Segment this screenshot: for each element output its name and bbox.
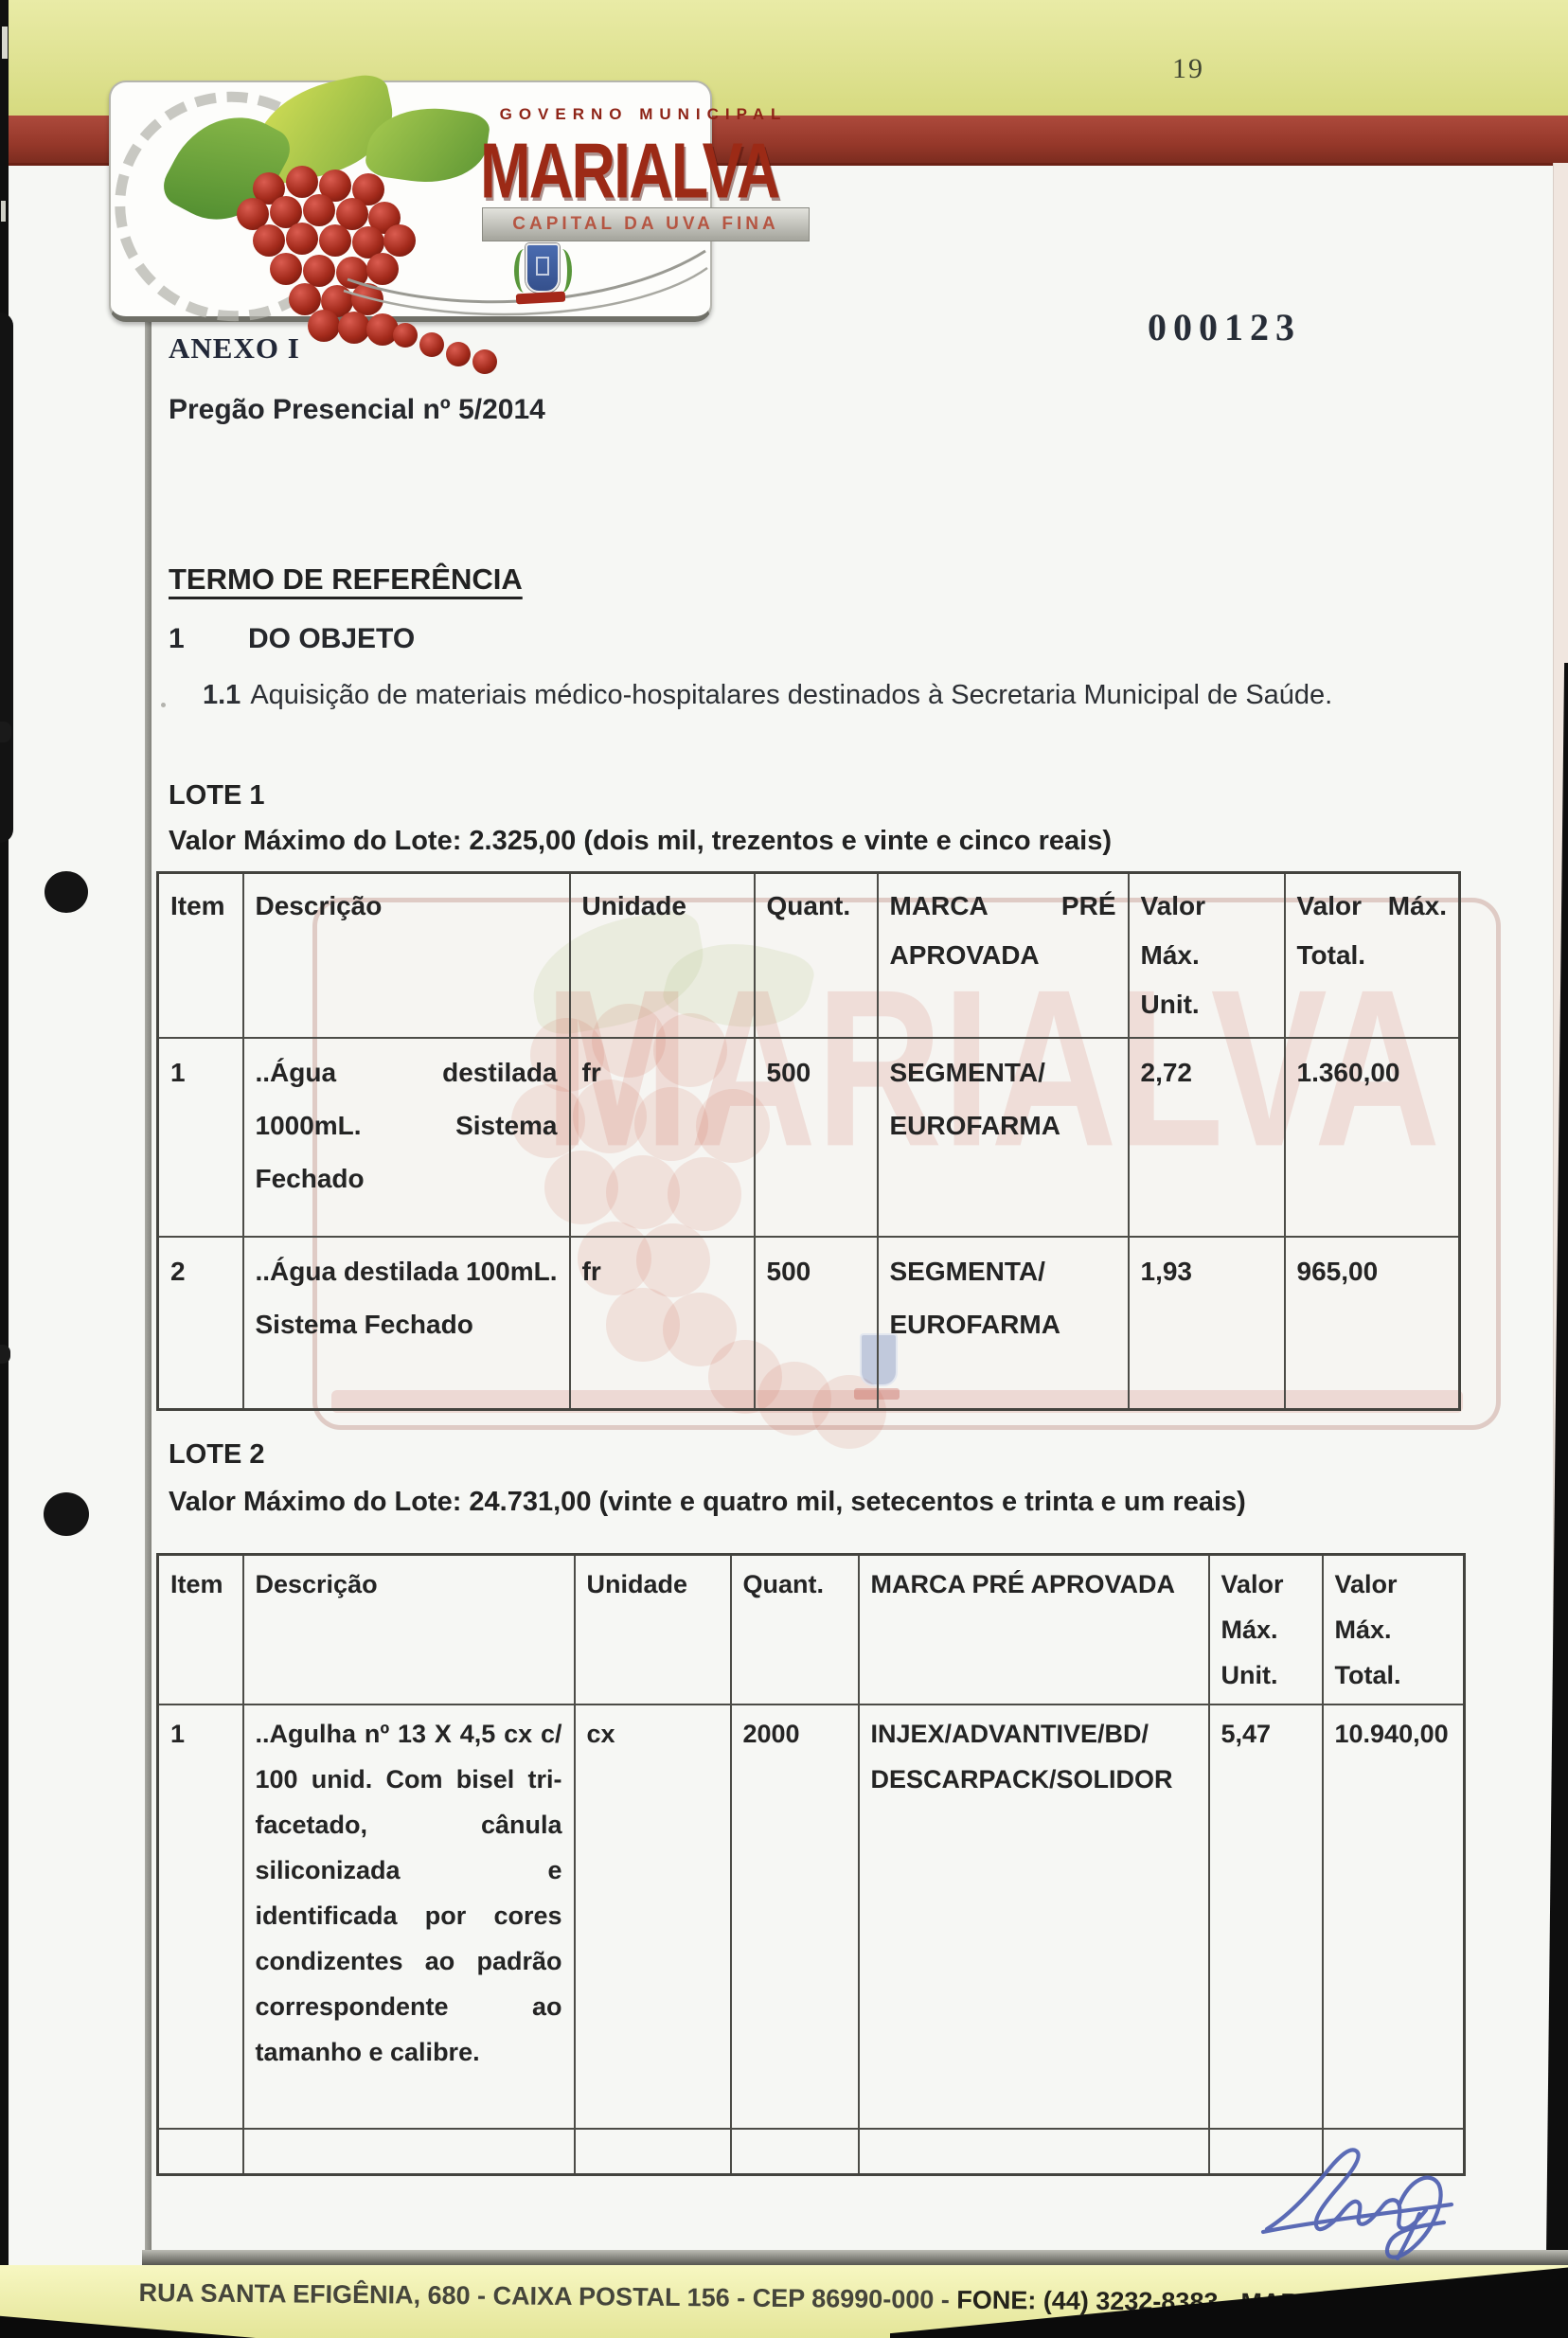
scan-speck	[2, 27, 8, 59]
margin-bullet-icon	[44, 1492, 89, 1536]
cell-valor-total: 10.940,00	[1323, 1704, 1465, 2129]
header-valor-total: ValorMáx.Total.	[1323, 1555, 1465, 1705]
cell-unidade: fr	[570, 1038, 755, 1237]
cell-unidade: fr	[570, 1237, 755, 1409]
lote2-title: LOTE 2	[169, 1439, 265, 1471]
stray-dot	[161, 703, 166, 707]
grape-icon	[446, 342, 471, 366]
grape-icon	[419, 332, 444, 357]
grape-icon	[393, 323, 418, 348]
cell-marca: SEGMENTA/EUROFARMA	[878, 1237, 1129, 1409]
header-unidade: Unidade	[575, 1555, 731, 1705]
cell-unidade: cx	[575, 1704, 731, 2129]
footer-street: RUA SANTA EFIGÊNIA, 680 - CAIXA POSTAL 1…	[138, 2278, 956, 2314]
header-marca: MARCA PRÉ APROVADA	[859, 1555, 1209, 1705]
header-item: Item	[158, 873, 243, 1039]
termo-referencia-title: TERMO DE REFERÊNCIA	[169, 562, 523, 597]
cell-item: 1	[158, 1704, 243, 2129]
section-title: DO OBJETO	[248, 623, 415, 655]
cell-item: 2	[158, 1237, 243, 1409]
header-descricao: Descrição	[243, 1555, 575, 1705]
lote1-table: Item Descrição Unidade Quant. MARCA PRÉA…	[156, 871, 1461, 1411]
header-valor-unit: ValorMáx.Unit.	[1209, 1555, 1323, 1705]
header-item: Item	[158, 1555, 243, 1705]
page-margin-line	[145, 314, 151, 2252]
shield-icon	[526, 243, 560, 293]
logo-slogan-text: CAPITAL DA UVA FINA	[512, 214, 778, 235]
cell-valor-unit: 5,47	[1209, 1704, 1323, 2129]
lote1-header-row: Item Descrição Unidade Quant. MARCA PRÉA…	[158, 873, 1460, 1039]
logo-slogan-banner: CAPITAL DA UVA FINA	[482, 207, 810, 241]
grape-icon	[338, 312, 370, 344]
lote1-row-2: 2 ..Água destilada 100mL. Sistema Fechad…	[158, 1237, 1460, 1409]
cell-descricao: ..Água destilada 1000mL. Sistema Fechado	[243, 1038, 570, 1237]
cell-valor-total: 1.360,00	[1285, 1038, 1460, 1237]
lote2-header-row: Item Descrição Unidade Quant. MARCA PRÉ …	[158, 1555, 1465, 1705]
cell-marca: SEGMENTA/EUROFARMA	[878, 1038, 1129, 1237]
cell-quant: 2000	[731, 1704, 859, 2129]
cell-quant: 500	[755, 1038, 878, 1237]
lote2-table: Item Descrição Unidade Quant. MARCA PRÉ …	[156, 1553, 1466, 2176]
section-number: 1	[169, 623, 185, 655]
header-quant: Quant.	[731, 1555, 859, 1705]
header-valor-total: Valor Máx.Total.	[1285, 873, 1460, 1039]
municipal-logo: GOVERNO MUNICIPAL MARIALVA CAPITAL DA UV…	[109, 80, 712, 322]
scanned-document-page: 19 MARIALVA GOVERNO MUNICIPAL MARIALVA	[0, 0, 1568, 2338]
cell-marca: INJEX/ADVANTIVE/BD/DESCARPACK/SOLIDOR	[859, 1704, 1209, 2129]
cell-valor-unit: 1,93	[1129, 1237, 1285, 1409]
header-quant: Quant.	[755, 873, 878, 1039]
cell-valor-total: 965,00	[1285, 1237, 1460, 1409]
cell-valor-unit: 2,72	[1129, 1038, 1285, 1237]
header-descricao: Descrição	[243, 873, 570, 1039]
logo-governo-text: GOVERNO MUNICIPAL	[480, 105, 807, 124]
header-valor-unit: ValorMáx.Unit.	[1129, 873, 1285, 1039]
logo-city-name: MARIALVA	[480, 126, 779, 215]
cell-item: 1	[158, 1038, 243, 1237]
cell-descricao: ..Água destilada 100mL. Sistema Fechado	[243, 1237, 570, 1409]
header-unidade: Unidade	[570, 873, 755, 1039]
lote1-max-value: Valor Máximo do Lote: 2.325,00 (dois mil…	[169, 826, 1112, 857]
process-stamp-number: 000123	[1148, 305, 1301, 349]
lote2-row-1: 1 ..Agulha nº 13 X 4,5 cx c/ 100 unid. C…	[158, 1704, 1465, 2129]
anexo-title: ANEXO I	[169, 331, 300, 366]
scan-left-edge-bump	[0, 312, 13, 843]
lote1-row-1: 1 ..Água destilada 1000mL. Sistema Fecha…	[158, 1038, 1460, 1237]
item-text: Aquisição de materiais médico-hospitalar…	[250, 680, 1332, 710]
lote1-title: LOTE 1	[169, 780, 265, 812]
scan-edge-mark	[0, 722, 11, 742]
coat-of-arms-icon	[516, 243, 565, 315]
lote2-max-value: Valor Máximo do Lote: 24.731,00 (vinte e…	[169, 1487, 1246, 1518]
ribbon-icon	[516, 292, 566, 305]
cell-descricao: ..Agulha nº 13 X 4,5 cx c/ 100 unid. Com…	[243, 1704, 575, 2129]
margin-bullet-icon	[45, 871, 88, 913]
grape-icon	[472, 349, 497, 374]
pregao-subtitle: Pregão Presencial nº 5/2014	[169, 394, 545, 426]
item-number: 1.1	[203, 680, 241, 710]
handwritten-signature	[1257, 2138, 1480, 2266]
page-number: 19	[1172, 53, 1204, 85]
scan-speck	[1, 201, 6, 222]
scan-edge-mark	[0, 1345, 10, 1364]
cell-quant: 500	[755, 1237, 878, 1409]
section-item-text: 1.1Aquisição de materiais médico-hospita…	[203, 680, 1332, 711]
header-marca: MARCA PRÉAPROVADA	[878, 873, 1129, 1039]
